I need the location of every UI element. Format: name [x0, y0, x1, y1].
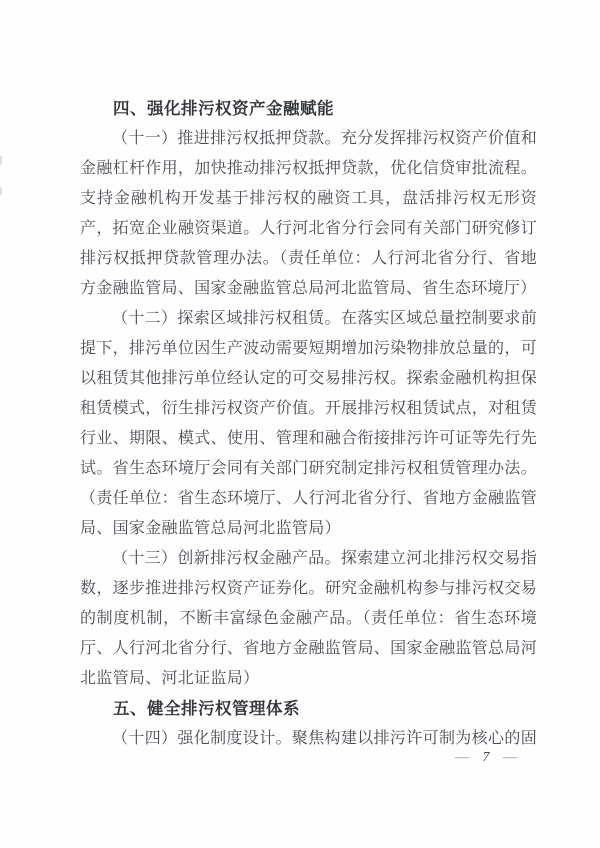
scan-artifact-mark [0, 156, 2, 165]
scan-artifact-mark [0, 187, 2, 195]
section-heading-4: 四、强化排污权资产金融赋能 [80, 94, 537, 124]
document-page: 四、强化排污权资产金融赋能 （十一）推进排污权抵押贷款。充分发挥排污权资产价值和… [0, 0, 600, 848]
page-number-dash-right: — [503, 750, 517, 766]
page-number-dash-left: — [455, 750, 469, 766]
paragraph-item-11: （十一）推进排污权抵押贷款。充分发挥排污权资产价值和金融杠杆作用，加快推动排污权… [80, 124, 537, 304]
section-heading-5: 五、健全排污权管理体系 [80, 694, 537, 724]
paragraph-item-13: （十三）创新排污权金融产品。探索建立河北排污权交易指数，逐步推进排污权资产证券化… [80, 544, 537, 694]
page-number: — 7 — [455, 750, 517, 766]
document-body: 四、强化排污权资产金融赋能 （十一）推进排污权抵押贷款。充分发挥排污权资产价值和… [80, 94, 537, 754]
paragraph-item-12: （十二）探索区域排污权租赁。在落实区域总量控制要求前提下，排污单位因生产波动需要… [80, 304, 537, 544]
page-number-value: 7 [483, 750, 490, 766]
